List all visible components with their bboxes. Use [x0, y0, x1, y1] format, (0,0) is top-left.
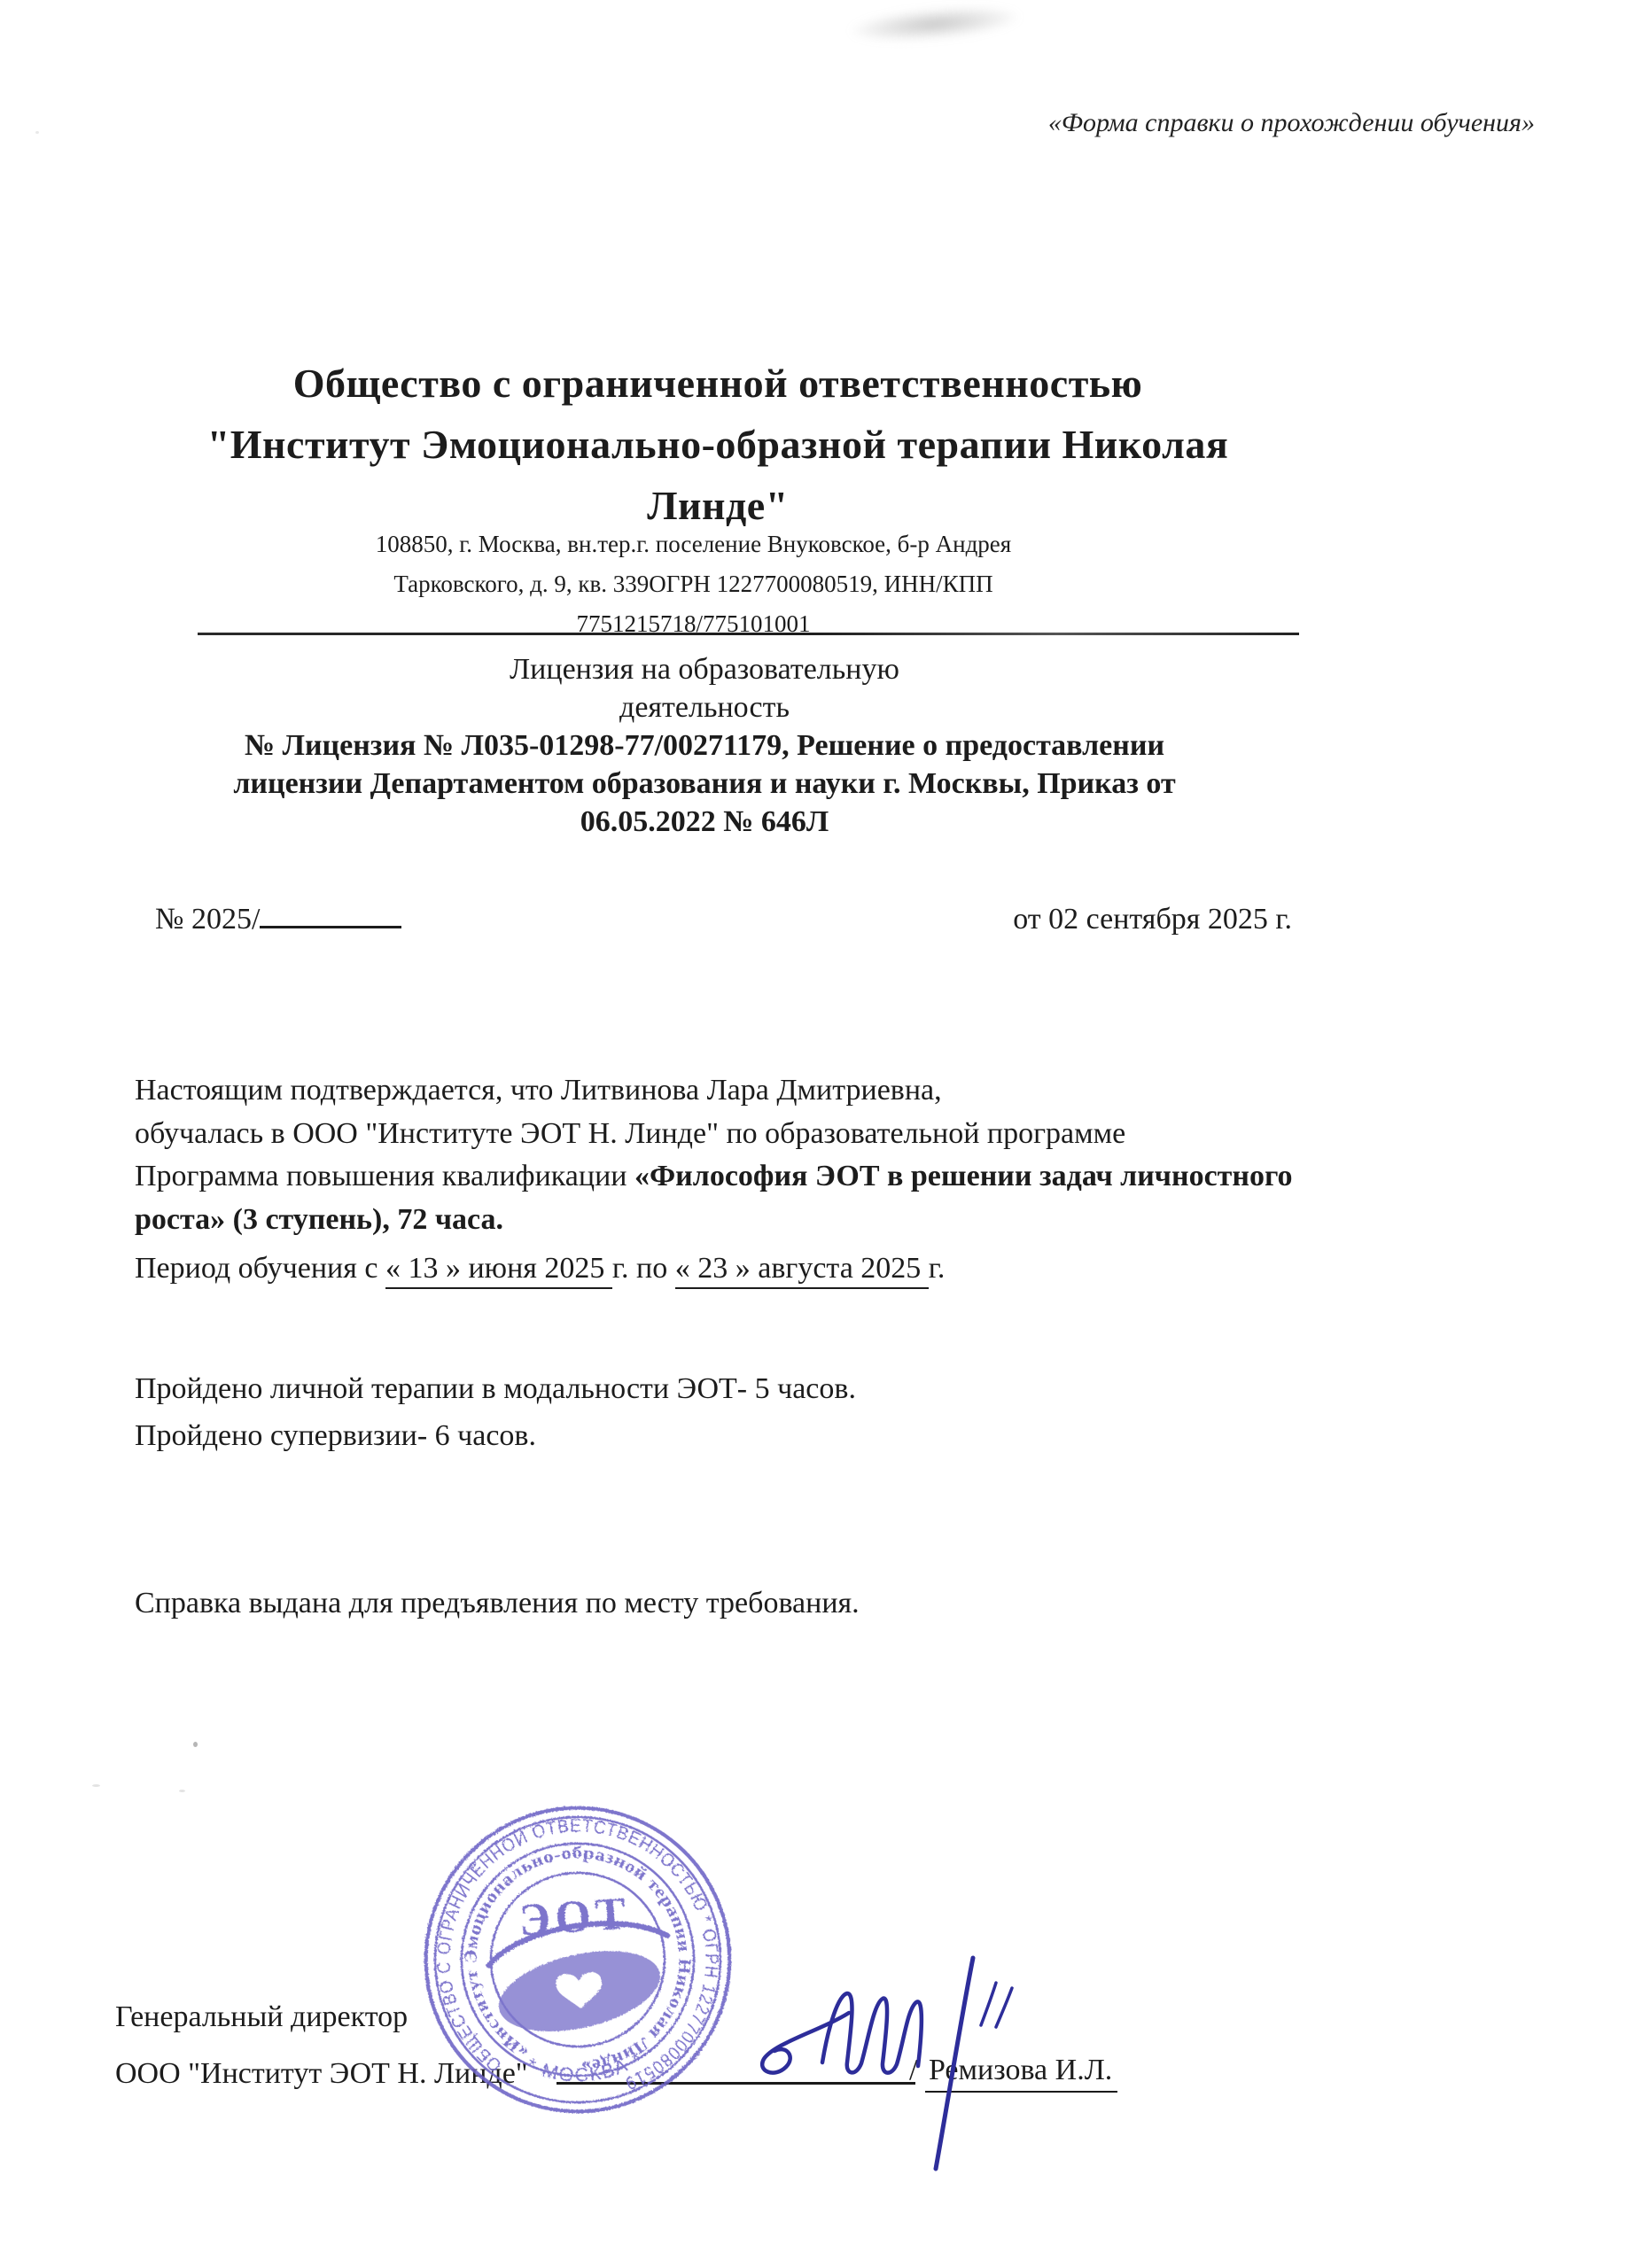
license-header-line-2: деятельность: [146, 688, 1263, 726]
org-address-line-1: 108850, г. Москва, вн.тер.г. поселение В…: [142, 524, 1245, 564]
period-end-date: « 23 » августа 2025: [675, 1252, 929, 1289]
org-address-line-3: 7751215718/775101001: [142, 604, 1245, 644]
certificate-number-prefix: № 2025/: [155, 903, 260, 936]
body-paragraph: Настоящим подтверждается, что Литвинова …: [135, 1069, 1322, 1241]
period-prefix: Период обучения с: [135, 1252, 385, 1285]
therapy-hours-line: Пройдено личной терапии в модальности ЭО…: [135, 1365, 1322, 1412]
body-line-3: Программа повышения квалификации «Филосо…: [135, 1155, 1322, 1199]
org-title-line-1: Общество с ограниченной ответственностью: [146, 353, 1289, 414]
org-title: Общество с ограниченной ответственностью…: [146, 353, 1289, 536]
form-type-note: «Форма справки о прохождении обучения»: [1048, 108, 1535, 138]
certificate-document: «Форма справки о прохождении обучения» О…: [0, 0, 1650, 2268]
hours-block: Пройдено личной терапии в модальности ЭО…: [135, 1365, 1322, 1459]
body-line-1: Настоящим подтверждается, что Литвинова …: [135, 1069, 1322, 1113]
scan-speck: [179, 1790, 185, 1792]
issued-for-line: Справка выдана для предъявления по месту…: [135, 1587, 1322, 1620]
license-block: Лицензия на образовательную деятельность…: [146, 650, 1263, 841]
organization-stamp: ОБЩЕСТВО С ОГРАНИЧЕННОЙ ОТВЕТСТВЕННОСТЬЮ…: [409, 1791, 746, 2128]
period-mid: г. по: [612, 1252, 675, 1285]
scan-smudge: [818, 0, 1051, 54]
license-details-line-1: № Лицензия № Л035-01298-77/00271179, Реш…: [146, 726, 1263, 765]
license-details-line-3: 06.05.2022 № 646Л: [146, 803, 1263, 841]
org-title-line-2: "Институт Эмоционально-образной терапии …: [146, 414, 1289, 475]
scan-speck: [193, 1742, 198, 1747]
reference-row: № 2025/ от 02 сентября 2025 г.: [155, 898, 1292, 936]
handwritten-signature: [744, 1931, 1046, 2188]
license-details-line-2: лицензии Департаментом образования и нау…: [146, 765, 1263, 803]
org-address: 108850, г. Москва, вн.тер.г. поселение В…: [142, 524, 1245, 644]
scan-speck: [35, 131, 39, 134]
period-start-date: « 13 » июня 2025: [385, 1252, 612, 1289]
certificate-number: № 2025/: [155, 898, 401, 936]
license-header-line-1: Лицензия на образовательную: [146, 650, 1263, 688]
certificate-date: от 02 сентября 2025 г.: [1013, 903, 1292, 936]
license-header: Лицензия на образовательную деятельность: [146, 650, 1263, 726]
scan-speck: [92, 1784, 100, 1787]
program-name-part-2: роста» (3 ступень), 72 часа.: [135, 1199, 1322, 1242]
license-details: № Лицензия № Л035-01298-77/00271179, Реш…: [146, 726, 1263, 841]
program-label: Программа повышения квалификации: [135, 1160, 634, 1192]
supervision-hours-line: Пройдено супервизии- 6 часов.: [135, 1412, 1322, 1459]
certificate-number-blank: [260, 898, 401, 928]
stamp-seal-icon: ОБЩЕСТВО С ОГРАНИЧЕННОЙ ОТВЕТСТВЕННОСТЬЮ…: [409, 1791, 746, 2128]
header-divider-line: [198, 633, 1299, 635]
study-period-line: Период обучения с « 13 » июня 2025 г. по…: [135, 1252, 1322, 1285]
program-name-part-1: «Философия ЭОТ в решении задач личностно…: [634, 1160, 1293, 1192]
org-address-line-2: Тарковского, д. 9, кв. 339ОГРН 122770008…: [142, 564, 1245, 604]
signer-role-line-1: Генеральный директор: [115, 2000, 408, 2034]
period-suffix: г.: [929, 1252, 946, 1285]
body-line-2: обучалась в ООО "Институте ЭОТ Н. Линде"…: [135, 1113, 1322, 1156]
